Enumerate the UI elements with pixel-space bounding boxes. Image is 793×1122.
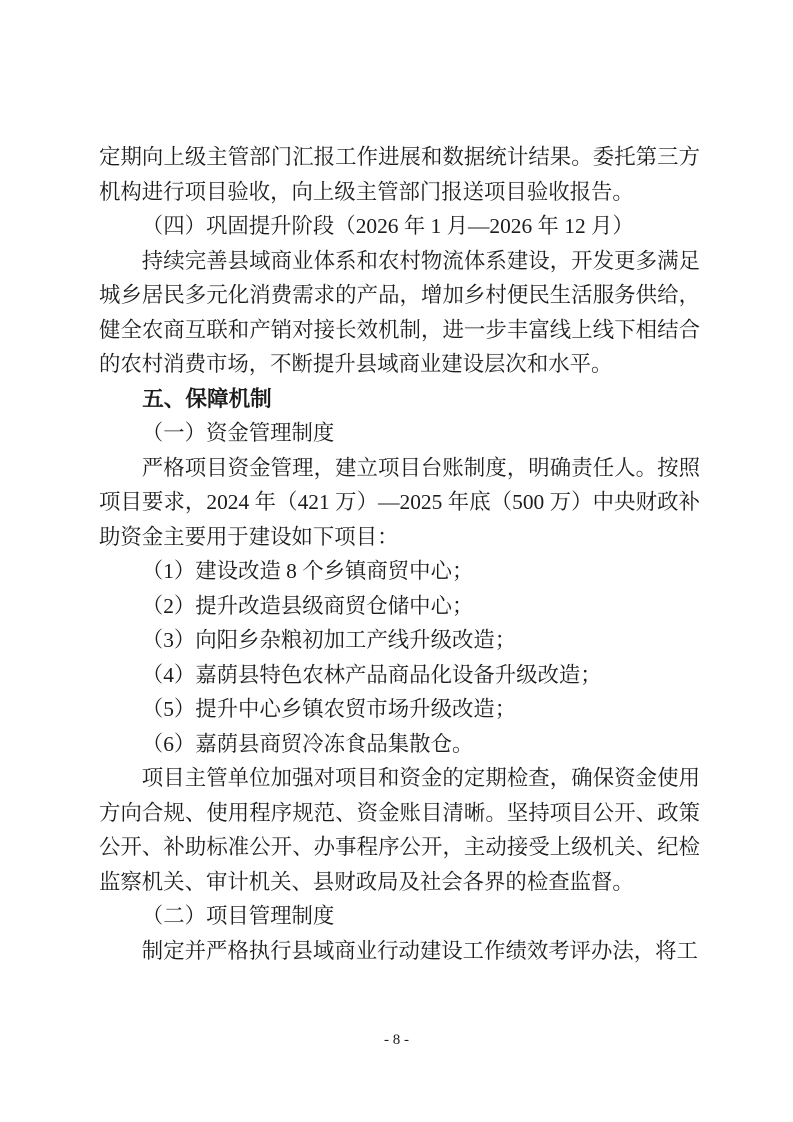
list-item-1: （1）建设改造 8 个乡镇商贸中心； <box>99 554 700 589</box>
paragraph-continuation: 定期向上级主管部门汇报工作进展和数据统计结果。委托第三方机构进行项目验收，向上级… <box>99 140 700 209</box>
subsection-heading-1: （一）资金管理制度 <box>99 416 700 451</box>
paragraph: 严格项目资金管理，建立项目台账制度，明确责任人。按照项目要求，2024 年（42… <box>99 451 700 555</box>
list-item-2: （2）提升改造县级商贸仓储中心； <box>99 589 700 624</box>
list-item-3: （3）向阳乡杂粮初加工产线升级改造； <box>99 623 700 658</box>
section-heading-5: 五、保障机制 <box>99 382 700 417</box>
subsection-heading-2: （二）项目管理制度 <box>99 899 700 934</box>
list-item-6: （6）嘉荫县商贸冷冻食品集散仓。 <box>99 727 700 762</box>
document-body: 定期向上级主管部门汇报工作进展和数据统计结果。委托第三方机构进行项目验收，向上级… <box>99 140 700 968</box>
list-item-4: （4）嘉荫县特色农林产品商品化设备升级改造； <box>99 658 700 693</box>
paragraph: 制定并严格执行县域商业行动建设工作绩效考评办法，将工 <box>99 934 700 969</box>
paragraph: 项目主管单位加强对项目和资金的定期检查，确保资金使用方向合规、使用程序规范、资金… <box>99 761 700 899</box>
document-page: 定期向上级主管部门汇报工作进展和数据统计结果。委托第三方机构进行项目验收，向上级… <box>0 0 793 1122</box>
list-item-5: （5）提升中心乡镇农贸市场升级改造； <box>99 692 700 727</box>
stage-subheading-4: （四）巩固提升阶段（2026 年 1 月—2026 年 12 月） <box>99 209 700 244</box>
paragraph: 持续完善县域商业体系和农村物流体系建设，开发更多满足城乡居民多元化消费需求的产品… <box>99 244 700 382</box>
page-number: - 8 - <box>0 1030 793 1050</box>
